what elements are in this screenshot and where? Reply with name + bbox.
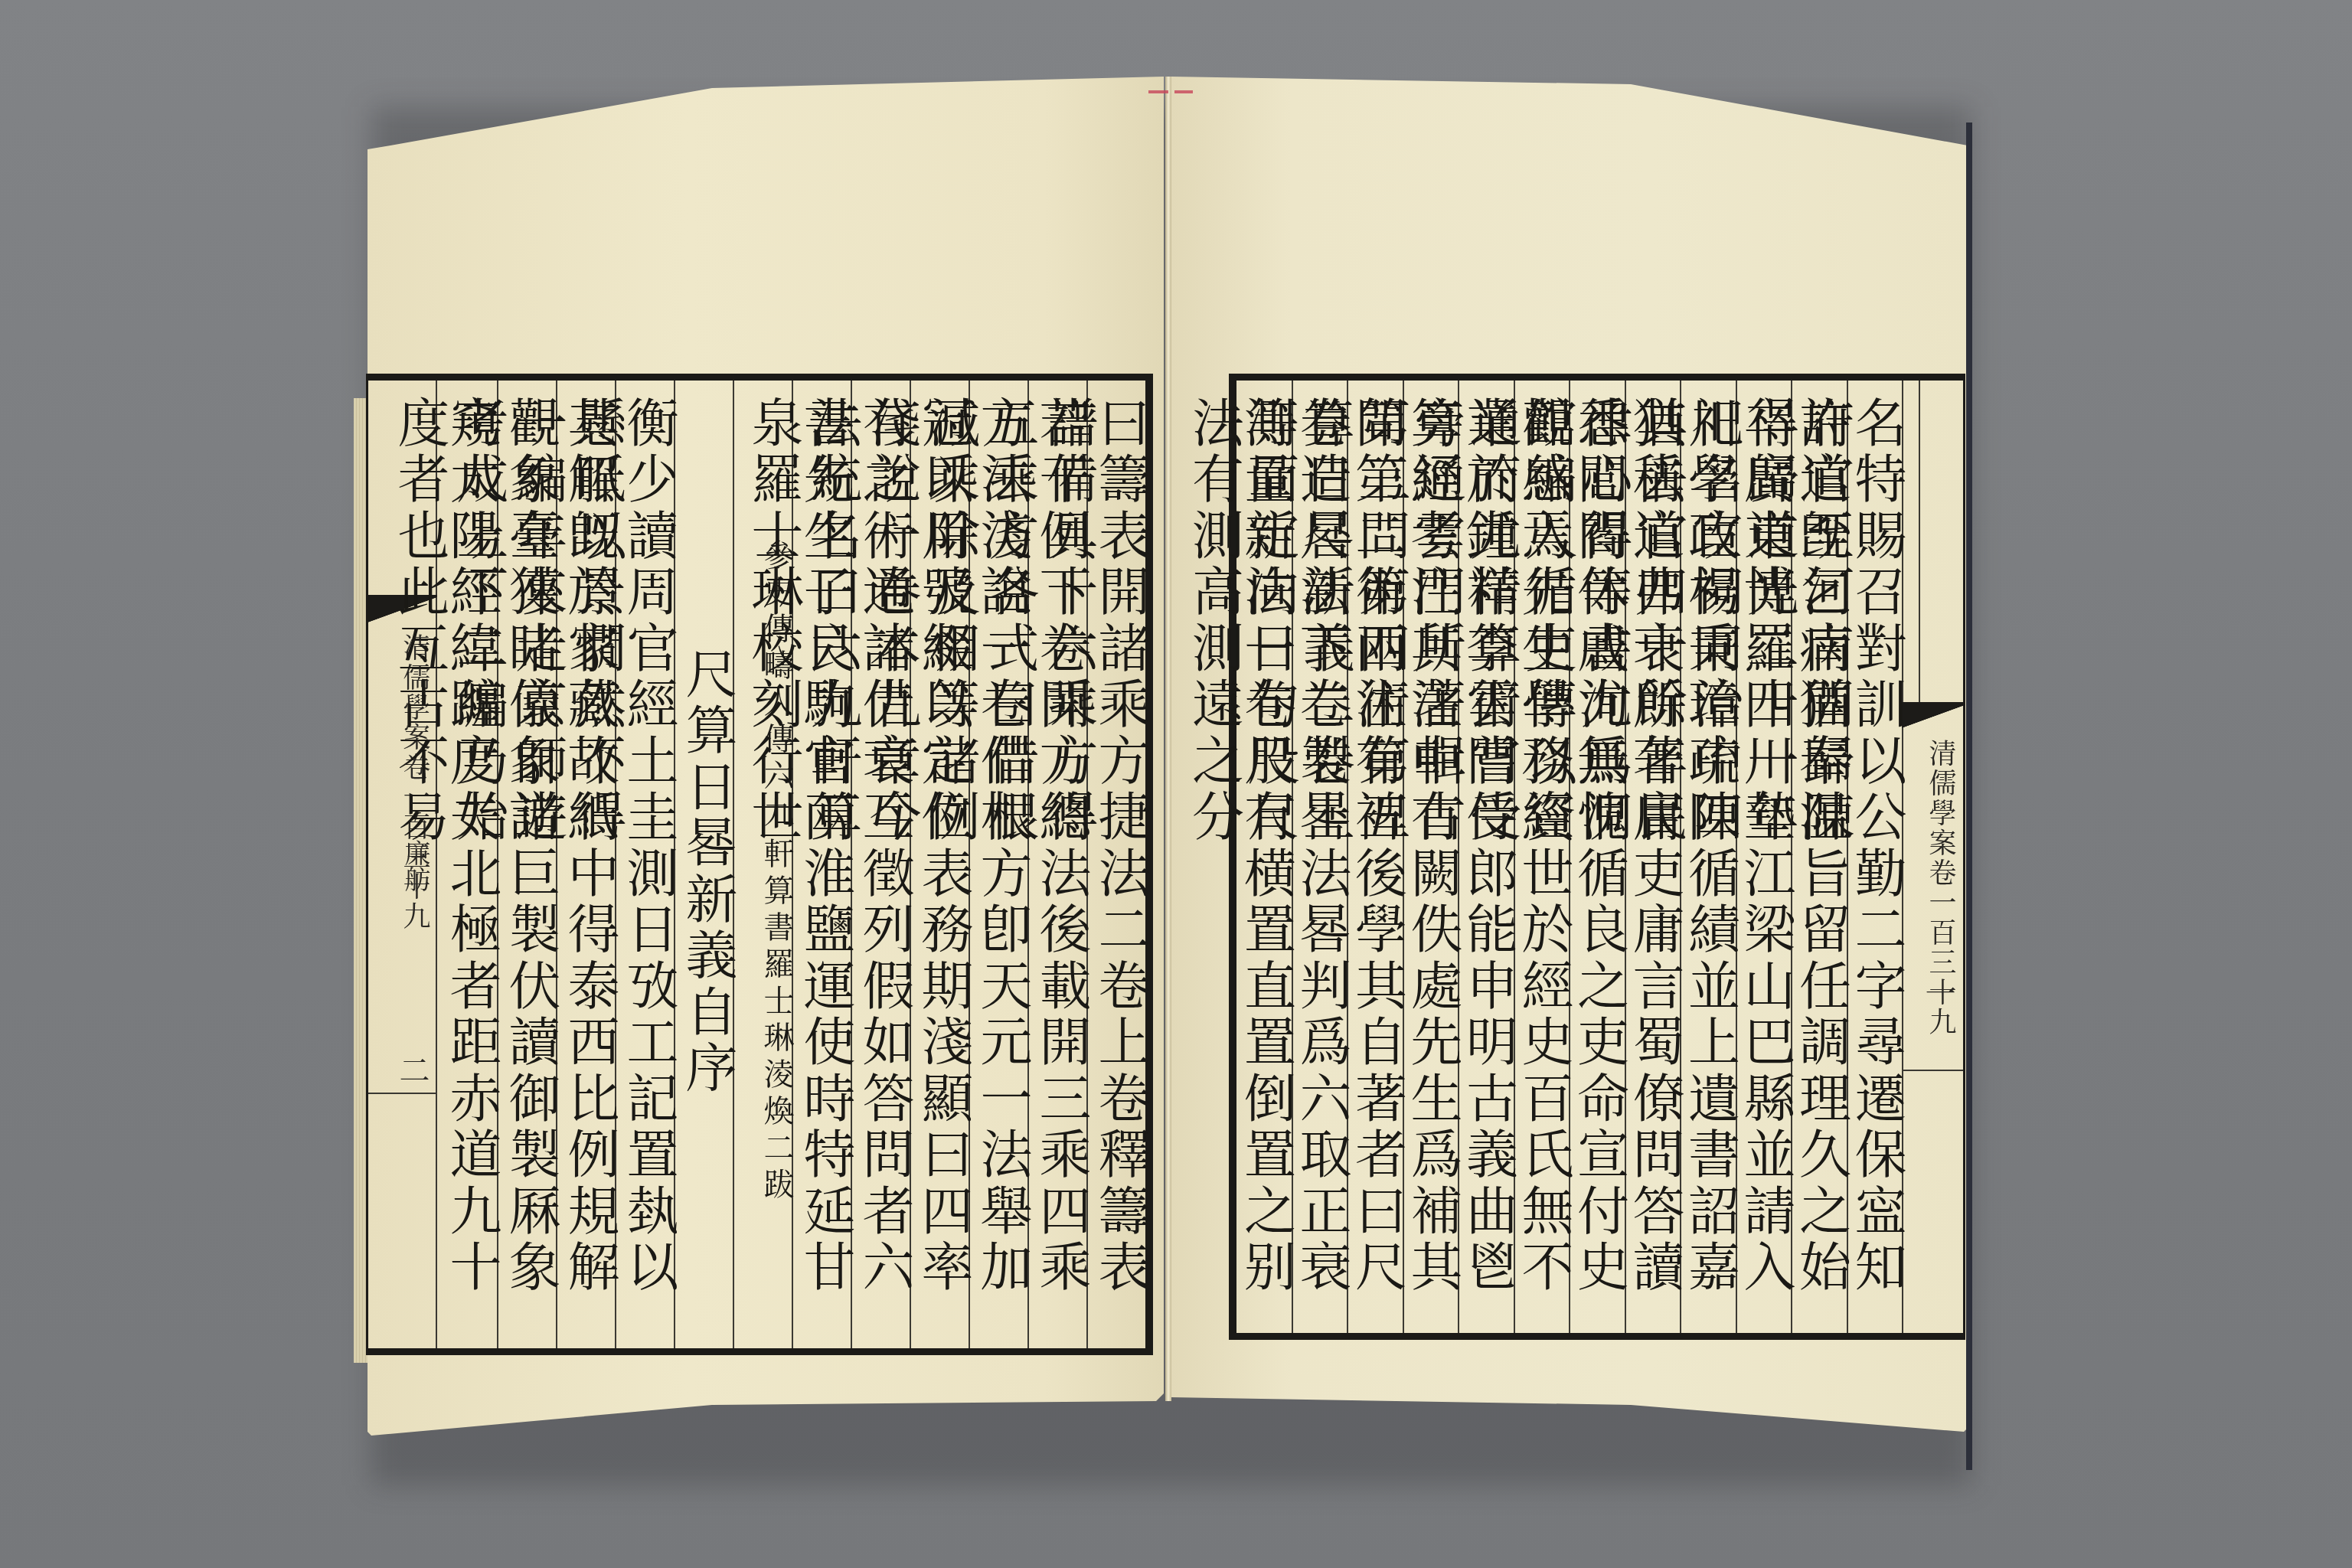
banxin-title: 清儒學案卷一百三十九: [1905, 739, 1960, 1060]
text-column: 猶稱道弗衰所著庸吏庸言蜀僚問答讀律心得等書尤爲洞: [1625, 381, 1681, 1333]
citation-note-column: 參史傳疇人傳六九 軒算書羅士琳淩煥二跋: [733, 381, 792, 1348]
text-column: 其解旣於家藏故紙中得泰西比例規解一編年來走京師遊: [556, 381, 615, 1348]
column-text: 算經考注其注中有闕佚處先生爲補其第三問第四術第五: [1404, 396, 1459, 1333]
left-page-text-frame: 清儒學案卷一百三十九 廉舫 二 曰籌表開諸乘方捷法二卷上卷釋籌表譜備具十六乘方得…: [366, 374, 1153, 1355]
column-text: 許道旣乞病猶奉温旨留任調理久之始得歸道光二十一年: [1792, 396, 1847, 1333]
text-column: 窺太陽經緯躔度夫北極者距赤道九十度者也此亙古不易: [438, 381, 497, 1348]
column-text: 卒廣東博羅四川墊江梁山巴縣並請入祀名宦祠同治中四: [1737, 396, 1792, 1333]
text-column: 問第二術兩注有裨後學其自著者曰尺算日晷新義二卷上: [1347, 381, 1403, 1333]
column-text: 若干例下卷開方總法後載開三乘四乘五乘方各式曰借根: [1029, 396, 1086, 1348]
red-edge-mark: [1148, 90, 1168, 93]
column-text: 卷造尺法下卷製晷法晷判爲六取正衰等面定向日句股尺: [1293, 396, 1347, 1333]
column-text: 業於鍾祥李雲門侍郎能申明古義曲鬯旁通雲門所著輯古: [1459, 396, 1514, 1333]
right-text-columns: 名特賜召對訓以公勤二字尋遷保寍知府官至河南開歸陳 許道旣乞病猶奉温旨留任調理久之…: [1236, 381, 1902, 1333]
column-text: 冠以用號綴以定位表務期淺顯曰四率淺說一卷本九章今: [911, 396, 969, 1348]
column-text: 衡少讀周官經土圭測日攷工記置埶以懸眡以景憪然不得: [616, 396, 674, 1348]
text-column: 卷造尺法下卷製晷法晷判爲六取正衰等面定向日句股尺: [1292, 381, 1347, 1333]
text-column: 冠以用號綴以定位表務期淺顯曰四率淺說一卷本九章今: [910, 381, 969, 1348]
column-text: 悉閭閻休戚洵無愧循良之吏命宣付史館編入循吏傳以資: [1570, 396, 1625, 1333]
text-column: 悉閭閻休戚洵無愧循良之吏命宣付史館編入循吏傳以資: [1569, 381, 1625, 1333]
column-text: 有之術通諸借衰互徵列假如答問者六法統名曰六九軒算: [852, 396, 910, 1348]
red-edge-mark: [1174, 90, 1193, 93]
text-column: 觀象臺獲睹儀象諸巨製伏讀御製厤象考成上下二編乃始: [497, 381, 556, 1348]
fishtail-icon: [1902, 702, 1963, 731]
left-text-columns: 曰籌表開諸乘方捷法二卷上卷釋籌表譜備具十六乘方得 若干例下卷開方總法後載開三乘四…: [437, 381, 1145, 1348]
text-column: 曰籌表開諸乘方捷法二卷上卷釋籌表譜備具十六乘方得: [1086, 381, 1145, 1348]
column-text: 猶稱道弗衰所著庸吏庸言蜀僚問答讀律心得等書尤爲洞: [1626, 396, 1681, 1333]
text-column: 許道旣乞病猶奉温旨留任調理久之始得歸道光二十一年: [1791, 381, 1847, 1333]
column-text: 其解旣於家藏故紙中得泰西比例規解一編年來走京師遊: [557, 396, 615, 1348]
banxin-rule: [368, 1093, 437, 1094]
back-cover-edge: [1966, 122, 1972, 1470]
note-line-left: 軒算書羅士琳淩煥二跋: [734, 838, 792, 1205]
folio-number: 二: [391, 1054, 434, 1085]
book-gutter-fold: [1165, 77, 1171, 1401]
right-banxin: 清儒學案卷一百三十九 一: [1902, 381, 1963, 1333]
text-column: 書先生子艮駒官兩淮鹽運使時特延甘泉羅士琳校刻行世: [792, 381, 851, 1348]
text-column: 方法淺說一卷借根方卽天元一法舉加減乘除及相等諸例: [969, 381, 1027, 1348]
column-text: 測量新法一卷尺有横置直置倒置之别法有測高測遠之分: [1236, 396, 1292, 1333]
note-line-right: 參史傳疇人傳六九: [734, 539, 792, 833]
text-column: 若干例下卷開方總法後載開三乘四乘五乘方各式曰借根: [1027, 381, 1086, 1348]
banxin-rule: [1919, 381, 1920, 704]
section-heading: 尺算日晷新義自序: [675, 647, 733, 1097]
text-column: 算經考注其注中有闕佚處先生爲補其第三問第四術第五: [1403, 381, 1459, 1333]
banxin-rule: [1902, 1070, 1963, 1071]
column-text: 問第二術兩注有裨後學其自著者曰尺算日晷新義二卷上: [1348, 396, 1403, 1333]
right-page-text-frame: 清儒學案卷一百三十九 一 名特賜召對訓以公勤二字尋遷保寍知府官至河南開歸陳 許道…: [1229, 374, 1965, 1340]
column-text: 觀象臺獲睹儀象諸巨製伏讀御製厤象考成上下二編乃始: [498, 396, 556, 1348]
section-heading-column: 尺算日晷新義自序: [674, 381, 733, 1348]
column-text: 窺太陽經緯躔度夫北極者距赤道九十度者也此亙古不易: [438, 396, 497, 1348]
text-column: 測量新法一卷尺有横置直置倒置之别法有測高測遠之分: [1236, 381, 1292, 1333]
text-column: 卒廣東博羅四川墊江梁山巴縣並請入祀名宦祠同治中四: [1736, 381, 1792, 1333]
folio-number: 一: [1922, 978, 1960, 1008]
column-text: 川學政楊秉璋疏陳循績並上遺書詔嘉其去官四十餘年民: [1681, 396, 1736, 1333]
text-column: 名特賜召對訓以公勤二字尋遷保寍知府官至河南開歸陳: [1847, 381, 1903, 1333]
column-text: 觀感焉先生學務經世於經史百氏無不通而尤精算術嘗受: [1515, 396, 1570, 1333]
column-text: 書先生子艮駒官兩淮鹽運使時特延甘泉羅士琳校刻行世: [793, 396, 851, 1348]
column-text: 曰籌表開諸乘方捷法二卷上卷釋籌表譜備具十六乘方得: [1088, 396, 1145, 1348]
column-text: 方法淺說一卷借根方卽天元一法舉加減乘除及相等諸例: [970, 396, 1027, 1348]
text-column: 觀感焉先生學務經世於經史百氏無不通而尤精算術嘗受: [1514, 381, 1570, 1333]
column-text: 名特賜召對訓以公勤二字尋遷保寍知府官至河南開歸陳: [1848, 396, 1903, 1333]
text-column: 川學政楊秉璋疏陳循績並上遺書詔嘉其去官四十餘年民: [1680, 381, 1736, 1333]
text-column: 有之術通諸借衰互徵列假如答問者六法統名曰六九軒算: [851, 381, 910, 1348]
text-column: 業於鍾祥李雲門侍郎能申明古義曲鬯旁通雲門所著輯古: [1458, 381, 1514, 1333]
text-column: 衡少讀周官經土圭測日攷工記置埶以懸眡以景憪然不得: [615, 381, 674, 1348]
banxin-subtitle: 廉舫: [399, 840, 434, 892]
